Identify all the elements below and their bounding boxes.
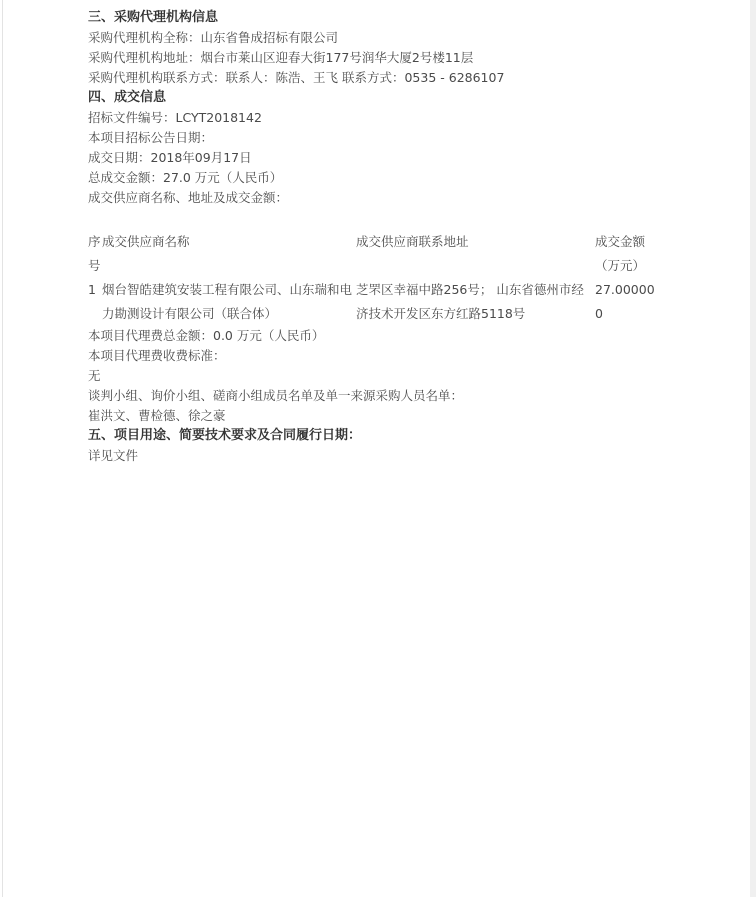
cell-seq: 1 bbox=[88, 278, 102, 326]
section-usage-heading: 五、项目用途、简要技术要求及合同履行日期： bbox=[88, 426, 688, 446]
tender-doc-number: 招标文件编号：LCYT2018142 bbox=[88, 108, 688, 128]
agency-fee-standard-label: 本项目代理费收费标准： bbox=[88, 346, 688, 366]
cell-deal-amount: 27.000000 bbox=[595, 278, 656, 326]
announcement-date: 本项目招标公告日期： bbox=[88, 128, 688, 148]
panel-members: 崔洪文、曹检德、徐之豪 bbox=[88, 406, 688, 426]
page-right-strip bbox=[750, 0, 756, 897]
cell-supplier-address: 芝罘区幸福中路256号； 山东省德州市经济技术开发区东方红路5118号 bbox=[356, 278, 595, 326]
panel-members-intro: 谈判小组、询价小组、磋商小组成员名单及单一来源采购人员名单： bbox=[88, 386, 688, 406]
section-deal-heading: 四、成交信息 bbox=[88, 88, 688, 108]
announcement-document: 三、采购代理机构信息 采购代理机构全称：山东省鲁成招标有限公司 采购代理机构地址… bbox=[88, 8, 688, 466]
section-agency-heading: 三、采购代理机构信息 bbox=[88, 8, 688, 28]
col-header-deal-amount: 成交金额（万元） bbox=[595, 230, 656, 278]
agency-fee-standard-value: 无 bbox=[88, 366, 688, 386]
agency-fee-total: 本项目代理费总金额：0.0 万元（人民币） bbox=[88, 326, 688, 346]
col-header-supplier-name: 成交供应商名称 bbox=[102, 230, 356, 278]
col-header-supplier-address: 成交供应商联系地址 bbox=[356, 230, 595, 278]
supplier-table-header-row: 序号 成交供应商名称 成交供应商联系地址 成交金额（万元） bbox=[88, 230, 656, 278]
agency-address: 采购代理机构地址：烟台市莱山区迎春大街177号润华大厦2号楼11层 bbox=[88, 48, 688, 68]
cell-supplier-name: 烟台智皓建筑安装工程有限公司、山东瑞和电力勘测设计有限公司（联合体） bbox=[102, 278, 356, 326]
total-deal-amount: 总成交金额：27.0 万元（人民币） bbox=[88, 168, 688, 188]
usage-value: 详见文件 bbox=[88, 446, 688, 466]
page-left-border bbox=[2, 0, 3, 897]
supplier-table-intro: 成交供应商名称、地址及成交金额： bbox=[88, 188, 688, 208]
supplier-table-row: 1 烟台智皓建筑安装工程有限公司、山东瑞和电力勘测设计有限公司（联合体） 芝罘区… bbox=[88, 278, 656, 326]
supplier-table: 序号 成交供应商名称 成交供应商联系地址 成交金额（万元） 1 烟台智皓建筑安装… bbox=[88, 230, 656, 326]
agency-full-name: 采购代理机构全称：山东省鲁成招标有限公司 bbox=[88, 28, 688, 48]
col-header-seq: 序号 bbox=[88, 230, 102, 278]
deal-date: 成交日期：2018年09月17日 bbox=[88, 148, 688, 168]
agency-contact: 采购代理机构联系方式：联系人：陈浩、王飞 联系方式：0535 - 6286107 bbox=[88, 68, 688, 88]
